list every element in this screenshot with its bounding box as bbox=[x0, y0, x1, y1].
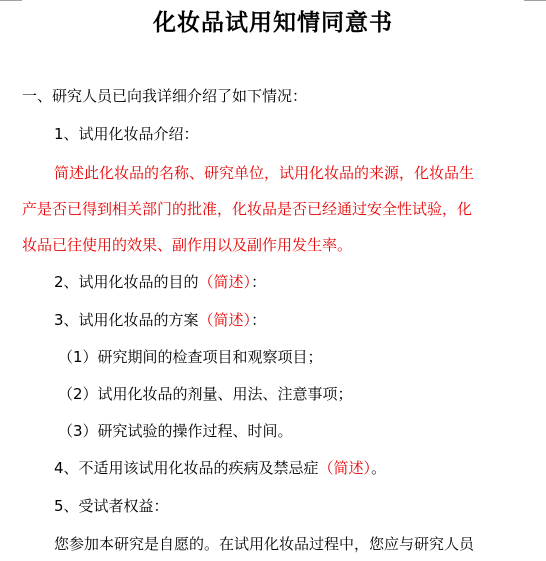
item-1-body-line-2: 产是否已得到相关部门的批准，化妆品是否已经通过安全性试验，化 bbox=[22, 199, 472, 219]
item-4-label: 4、不适用该试用化妆品的疾病及禁忌症 bbox=[54, 459, 319, 477]
item-1-body-line-1: 简述此化妆品的名称、研究单位，试用化妆品的来源，化妆品生 bbox=[54, 163, 474, 183]
item-3-subitem-2: （2）试用化妆品的剂量、用法、注意事项； bbox=[58, 384, 353, 404]
item-3-suffix: ： bbox=[251, 311, 266, 329]
item-2: 2、试用化妆品的目的（简述）： bbox=[54, 272, 266, 292]
item-5-body-line-1: 您参加本研究是自愿的。在试用化妆品过程中，您应与研究人员 bbox=[54, 534, 474, 554]
item-2-label: 2、试用化妆品的目的 bbox=[54, 273, 199, 291]
item-1-body-line-3: 妆品已往使用的效果、副作用以及副作用发生率。 bbox=[22, 235, 352, 255]
item-4-note: （简述） bbox=[319, 459, 372, 477]
item-2-suffix: ： bbox=[251, 273, 266, 291]
item-4-suffix: 。 bbox=[371, 459, 386, 477]
item-3: 3、试用化妆品的方案（简述）： bbox=[54, 310, 266, 330]
item-3-note: （简述） bbox=[199, 311, 252, 329]
item-4: 4、不适用该试用化妆品的疾病及禁忌症（简述）。 bbox=[54, 458, 386, 478]
item-5-label: 5、受试者权益： bbox=[54, 496, 169, 516]
document-title: 化妆品试用知情同意书 bbox=[0, 4, 546, 37]
page-corner-mark-right bbox=[524, 0, 546, 1]
page-corner-mark-left bbox=[0, 0, 22, 1]
item-3-label: 3、试用化妆品的方案 bbox=[54, 311, 199, 329]
section-heading: 一、研究人员已向我详细介绍了如下情况： bbox=[22, 86, 307, 106]
item-3-subitem-3: （3）研究试验的操作过程、时间。 bbox=[58, 421, 293, 441]
item-3-subitem-1: （1）研究期间的检查项目和观察项目； bbox=[58, 347, 323, 367]
item-2-note: （简述） bbox=[199, 273, 252, 291]
item-1-label: 1、试用化妆品介绍： bbox=[54, 124, 199, 144]
